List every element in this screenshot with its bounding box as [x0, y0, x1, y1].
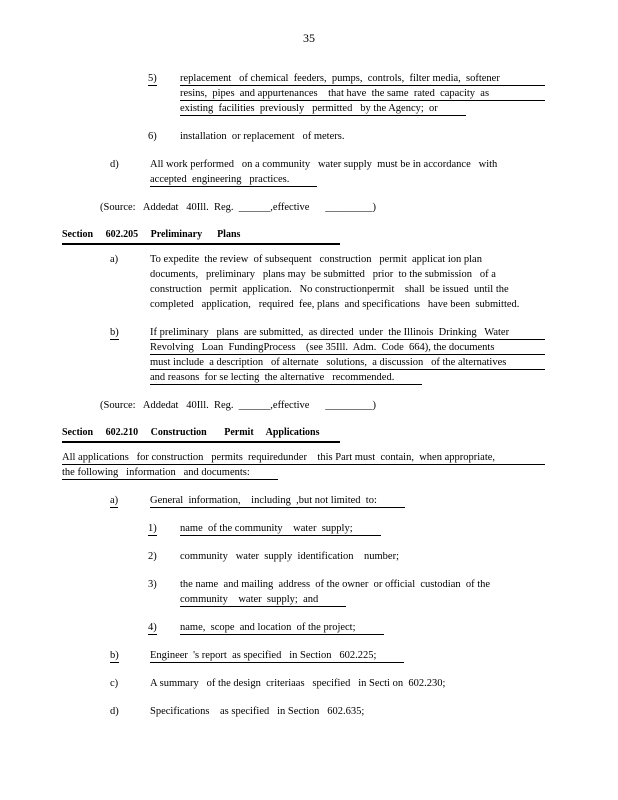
item-label: d) [110, 704, 150, 719]
text-line: Revolving Loan FundingProcess (see 35Ill… [150, 340, 545, 355]
item-text: name of the community water supply; [180, 521, 545, 536]
item-label-text: d) [110, 159, 119, 170]
item-label-text: 6) [148, 131, 157, 142]
text-line: replacement of chemical feeders, pumps, … [180, 71, 545, 86]
item-label-text: 2) [148, 551, 157, 562]
text-line: installation or replacement of meters. [180, 129, 545, 144]
text-line: name of the community water supply; [180, 521, 545, 536]
list-item: b)Engineer 's report as specified in Sec… [62, 648, 545, 663]
list-item: 6)installation or replacement of meters. [62, 129, 545, 144]
item-label: b) [110, 325, 150, 385]
list-item: 4)name, scope and location of the projec… [62, 620, 545, 635]
item-label: a) [110, 493, 150, 508]
item-label-text: a) [110, 493, 118, 508]
text-line: the following information and documents: [62, 465, 545, 480]
section-heading-text: Section 602.210 Construction Permit Appl… [62, 426, 340, 443]
text-line: completed application, required fee, pla… [150, 297, 545, 312]
underlined-text: accepted engineering practices. [150, 172, 317, 187]
item-label-text: c) [110, 678, 118, 689]
text-line: Engineer 's report as specified in Secti… [150, 648, 545, 663]
item-label-text: b) [110, 325, 119, 340]
section-heading: Section 602.205 Preliminary Plans [62, 228, 545, 245]
list-item: d)Specifications as specified in Section… [62, 704, 545, 719]
text-line: To expedite the review of subsequent con… [150, 252, 545, 267]
paragraph: All applications for construction permit… [62, 450, 545, 480]
section-heading: Section 602.210 Construction Permit Appl… [62, 426, 545, 443]
list-item: c)A summary of the design criteriaas spe… [62, 676, 545, 691]
item-text: name, scope and location of the project; [180, 620, 545, 635]
text-line: All work performed on a community water … [150, 157, 545, 172]
item-label: 2) [148, 549, 180, 564]
source-note: (Source: Addedat 40Ill. Reg. ______,effe… [62, 398, 545, 413]
item-label: 1) [148, 521, 180, 536]
item-label: a) [110, 252, 150, 312]
text-line: construction permit application. No cons… [150, 282, 545, 297]
item-text: A summary of the design criteriaas speci… [150, 676, 545, 691]
text-line: community water supply identification nu… [180, 549, 545, 564]
text-line: If preliminary plans are submitted, as d… [150, 325, 545, 340]
underlined-text: name of the community water supply; [180, 521, 381, 536]
list-item: 3)the name and mailing address of the ow… [62, 577, 545, 607]
text-line: resins, pipes and appurtenances that hav… [180, 86, 545, 101]
list-item: b)If preliminary plans are submitted, as… [62, 325, 545, 385]
list-item: 5)replacement of chemical feeders, pumps… [62, 71, 545, 116]
item-label: 4) [148, 620, 180, 635]
item-label-text: 3) [148, 579, 157, 590]
document-body: 5)replacement of chemical feeders, pumps… [62, 71, 545, 732]
text-line: must include a description of alternate … [150, 355, 545, 370]
item-label-text: b) [110, 648, 119, 663]
item-label: d) [110, 157, 150, 187]
item-text: Engineer 's report as specified in Secti… [150, 648, 545, 663]
item-text: To expedite the review of subsequent con… [150, 252, 545, 312]
text-line: existing facilities previously permitted… [180, 101, 545, 116]
underlined-text: General information, including ,but not … [150, 493, 405, 508]
text-line: documents, preliminary plans may be subm… [150, 267, 545, 282]
item-label-text: 5) [148, 71, 157, 86]
underlined-text: name, scope and location of the project; [180, 620, 384, 635]
underlined-text: and reasons for se lecting the alternati… [150, 370, 422, 385]
page-number: 35 [0, 31, 618, 45]
text-line: name, scope and location of the project; [180, 620, 545, 635]
text-line: General information, including ,but not … [150, 493, 545, 508]
list-item: 2)community water supply identification … [62, 549, 545, 564]
item-label-text: 4) [148, 620, 157, 635]
text-line: A summary of the design criteriaas speci… [150, 676, 545, 691]
text-line: accepted engineering practices. [150, 172, 545, 187]
text-line: and reasons for se lecting the alternati… [150, 370, 545, 385]
source-note: (Source: Addedat 40Ill. Reg. ______,effe… [62, 200, 545, 215]
item-text: the name and mailing address of the owne… [180, 577, 545, 607]
section-heading-text: Section 602.205 Preliminary Plans [62, 228, 340, 245]
underlined-text: existing facilities previously permitted… [180, 101, 466, 116]
item-text: All work performed on a community water … [150, 157, 545, 187]
item-text: installation or replacement of meters. [180, 129, 545, 144]
item-text: community water supply identification nu… [180, 549, 545, 564]
item-label: c) [110, 676, 150, 691]
item-label: 3) [148, 577, 180, 607]
text-line: the name and mailing address of the owne… [180, 577, 545, 592]
item-label-text: a) [110, 254, 118, 265]
list-item: a)General information, including ,but no… [62, 493, 545, 508]
text-line: Specifications as specified in Section 6… [150, 704, 545, 719]
document-page: 35 5)replacement of chemical feeders, pu… [0, 0, 618, 800]
list-item: d)All work performed on a community wate… [62, 157, 545, 187]
list-item: 1)name of the community water supply; [62, 521, 545, 536]
item-label: b) [110, 648, 150, 663]
item-label-text: 1) [148, 521, 157, 536]
item-text: replacement of chemical feeders, pumps, … [180, 71, 545, 116]
item-text: If preliminary plans are submitted, as d… [150, 325, 545, 385]
item-label-text: d) [110, 706, 119, 717]
item-label: 6) [148, 129, 180, 144]
list-item: a)To expedite the review of subsequent c… [62, 252, 545, 312]
text-line: community water supply; and [180, 592, 545, 607]
underlined-text: community water supply; and [180, 592, 346, 607]
item-text: Specifications as specified in Section 6… [150, 704, 545, 719]
underlined-text: the following information and documents: [62, 465, 278, 480]
text-line: All applications for construction permit… [62, 450, 545, 465]
item-label: 5) [148, 71, 180, 116]
item-text: General information, including ,but not … [150, 493, 545, 508]
underlined-text: Engineer 's report as specified in Secti… [150, 648, 404, 663]
